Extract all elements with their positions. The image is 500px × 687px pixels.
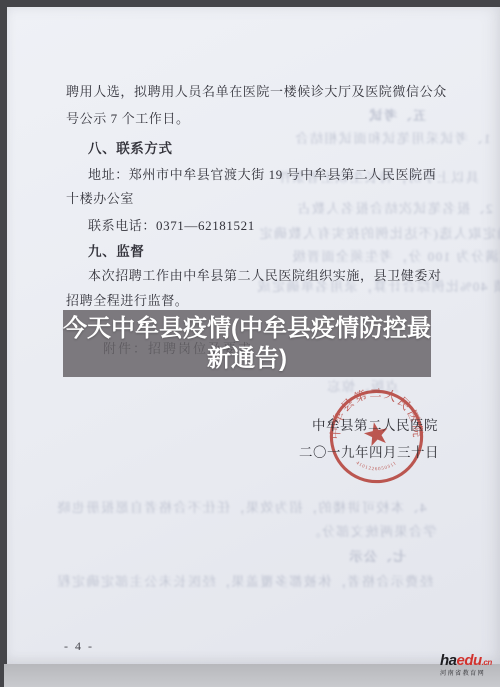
bleed-through-line: 2、报名笔试次结合报名人数占: [296, 198, 493, 217]
bleed-through-line: 1、考试采用笔试和面试相结合: [294, 128, 491, 147]
signature-org-name: 中牟县第二人民医院: [312, 414, 438, 434]
bleed-through-line: 五、考试: [368, 105, 426, 124]
doc-line: 号公示 7 个工作日。: [66, 108, 190, 127]
bleed-through-line: 出面确定取人选(不达比例的按实有人数确定: [258, 223, 500, 242]
bleed-through-line: 4、本校可讲楼的，招为效果，任仕不合格者自愿报册也晓: [56, 497, 427, 516]
banner-title-line1: 今天中牟县疫情(中牟县疫情防控最: [63, 314, 431, 344]
doc-line: 本次招聘工作由中牟县第二人民医院组织实施，县卫健委对: [88, 265, 442, 284]
official-red-seal: 中牟县第二人民医院 4101226050311: [328, 388, 425, 485]
section-heading-supervision: 九、监督: [88, 240, 144, 260]
address-line: 地址：郑州市中牟县官渡大街 19 号中牟县第二人民医院西: [88, 164, 436, 183]
watermark-logo-black: ha: [440, 652, 457, 669]
watermark-subtitle: 河南省教育网: [440, 669, 485, 678]
bleed-through-line: 学合果两统文部分。: [306, 521, 437, 540]
bleed-through-line: 3、测试，面试满分为 100 分，考生须全面晋级: [291, 246, 500, 265]
scan-background-band: [4, 664, 500, 687]
signature-date: 二〇一九年四月三十日: [299, 441, 439, 461]
address-line: 十楼办公室: [66, 188, 134, 207]
section-heading-contact: 八、联系方式: [88, 137, 173, 157]
bleed-through-line: 七、公示: [348, 546, 406, 565]
seal-code: 4101226050311: [355, 461, 398, 472]
doc-line: 招聘全程进行监督。: [66, 290, 188, 309]
watermark-logo-suffix: .cn: [482, 658, 492, 667]
scanned-document-photo: 五、考试 1、考试采用笔试和面试相结合 具以上学历，特长生以上者条件 2、报名笔…: [0, 0, 500, 687]
banner-title-line2: 新通告): [207, 344, 287, 374]
site-watermark: haedu.cn 河南省教育网: [440, 655, 498, 680]
overlay-caption-banner: 今天中牟县疫情(中牟县疫情防控最 新通告): [63, 310, 431, 377]
page-number: - 4 -: [64, 639, 94, 654]
watermark-logo-red: edu: [457, 652, 482, 669]
bleed-through-line: 经费示合格者，休被都多覆盖果，经医长未公主部定确定程: [56, 571, 433, 590]
watermark-logo: haedu.cn: [440, 655, 498, 668]
doc-line: 聘用人选，拟聘用人员名单在医院一楼候诊大厅及医院微信公众: [66, 81, 447, 100]
phone-line: 联系电话：0371—62181521: [88, 215, 255, 234]
